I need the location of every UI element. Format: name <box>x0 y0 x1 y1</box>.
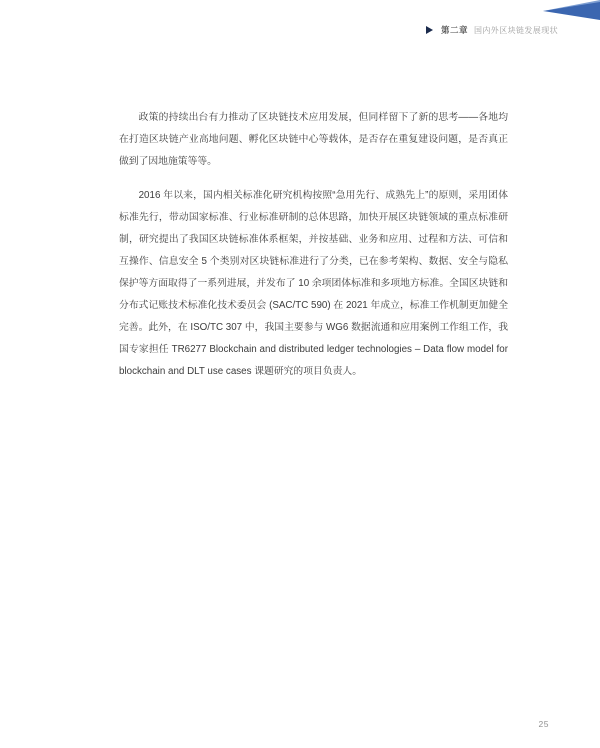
page-header: 第二章 国内外区块链发展现状 <box>426 24 558 36</box>
paragraph-policy-reflection: 政策的持续出台有力推动了区块链技术应用发展，但同样留下了新的思考——各地均在打造… <box>119 107 508 173</box>
page-number: 25 <box>539 719 549 729</box>
body-text-block: 政策的持续出台有力推动了区块链技术应用发展，但同样留下了新的思考——各地均在打造… <box>119 107 508 395</box>
paragraph-standardization: 2016 年以来，国内相关标准化研究机构按照“急用先行、成熟先上”的原则，采用团… <box>119 185 508 383</box>
document-page: 第二章 国内外区块链发展现状 政策的持续出台有力推动了区块链技术应用发展，但同样… <box>0 0 600 748</box>
chapter-title: 国内外区块链发展现状 <box>474 25 558 36</box>
chapter-label: 第二章 <box>441 24 468 36</box>
corner-triangle-decoration <box>543 0 600 21</box>
chapter-arrow-icon <box>426 26 433 34</box>
